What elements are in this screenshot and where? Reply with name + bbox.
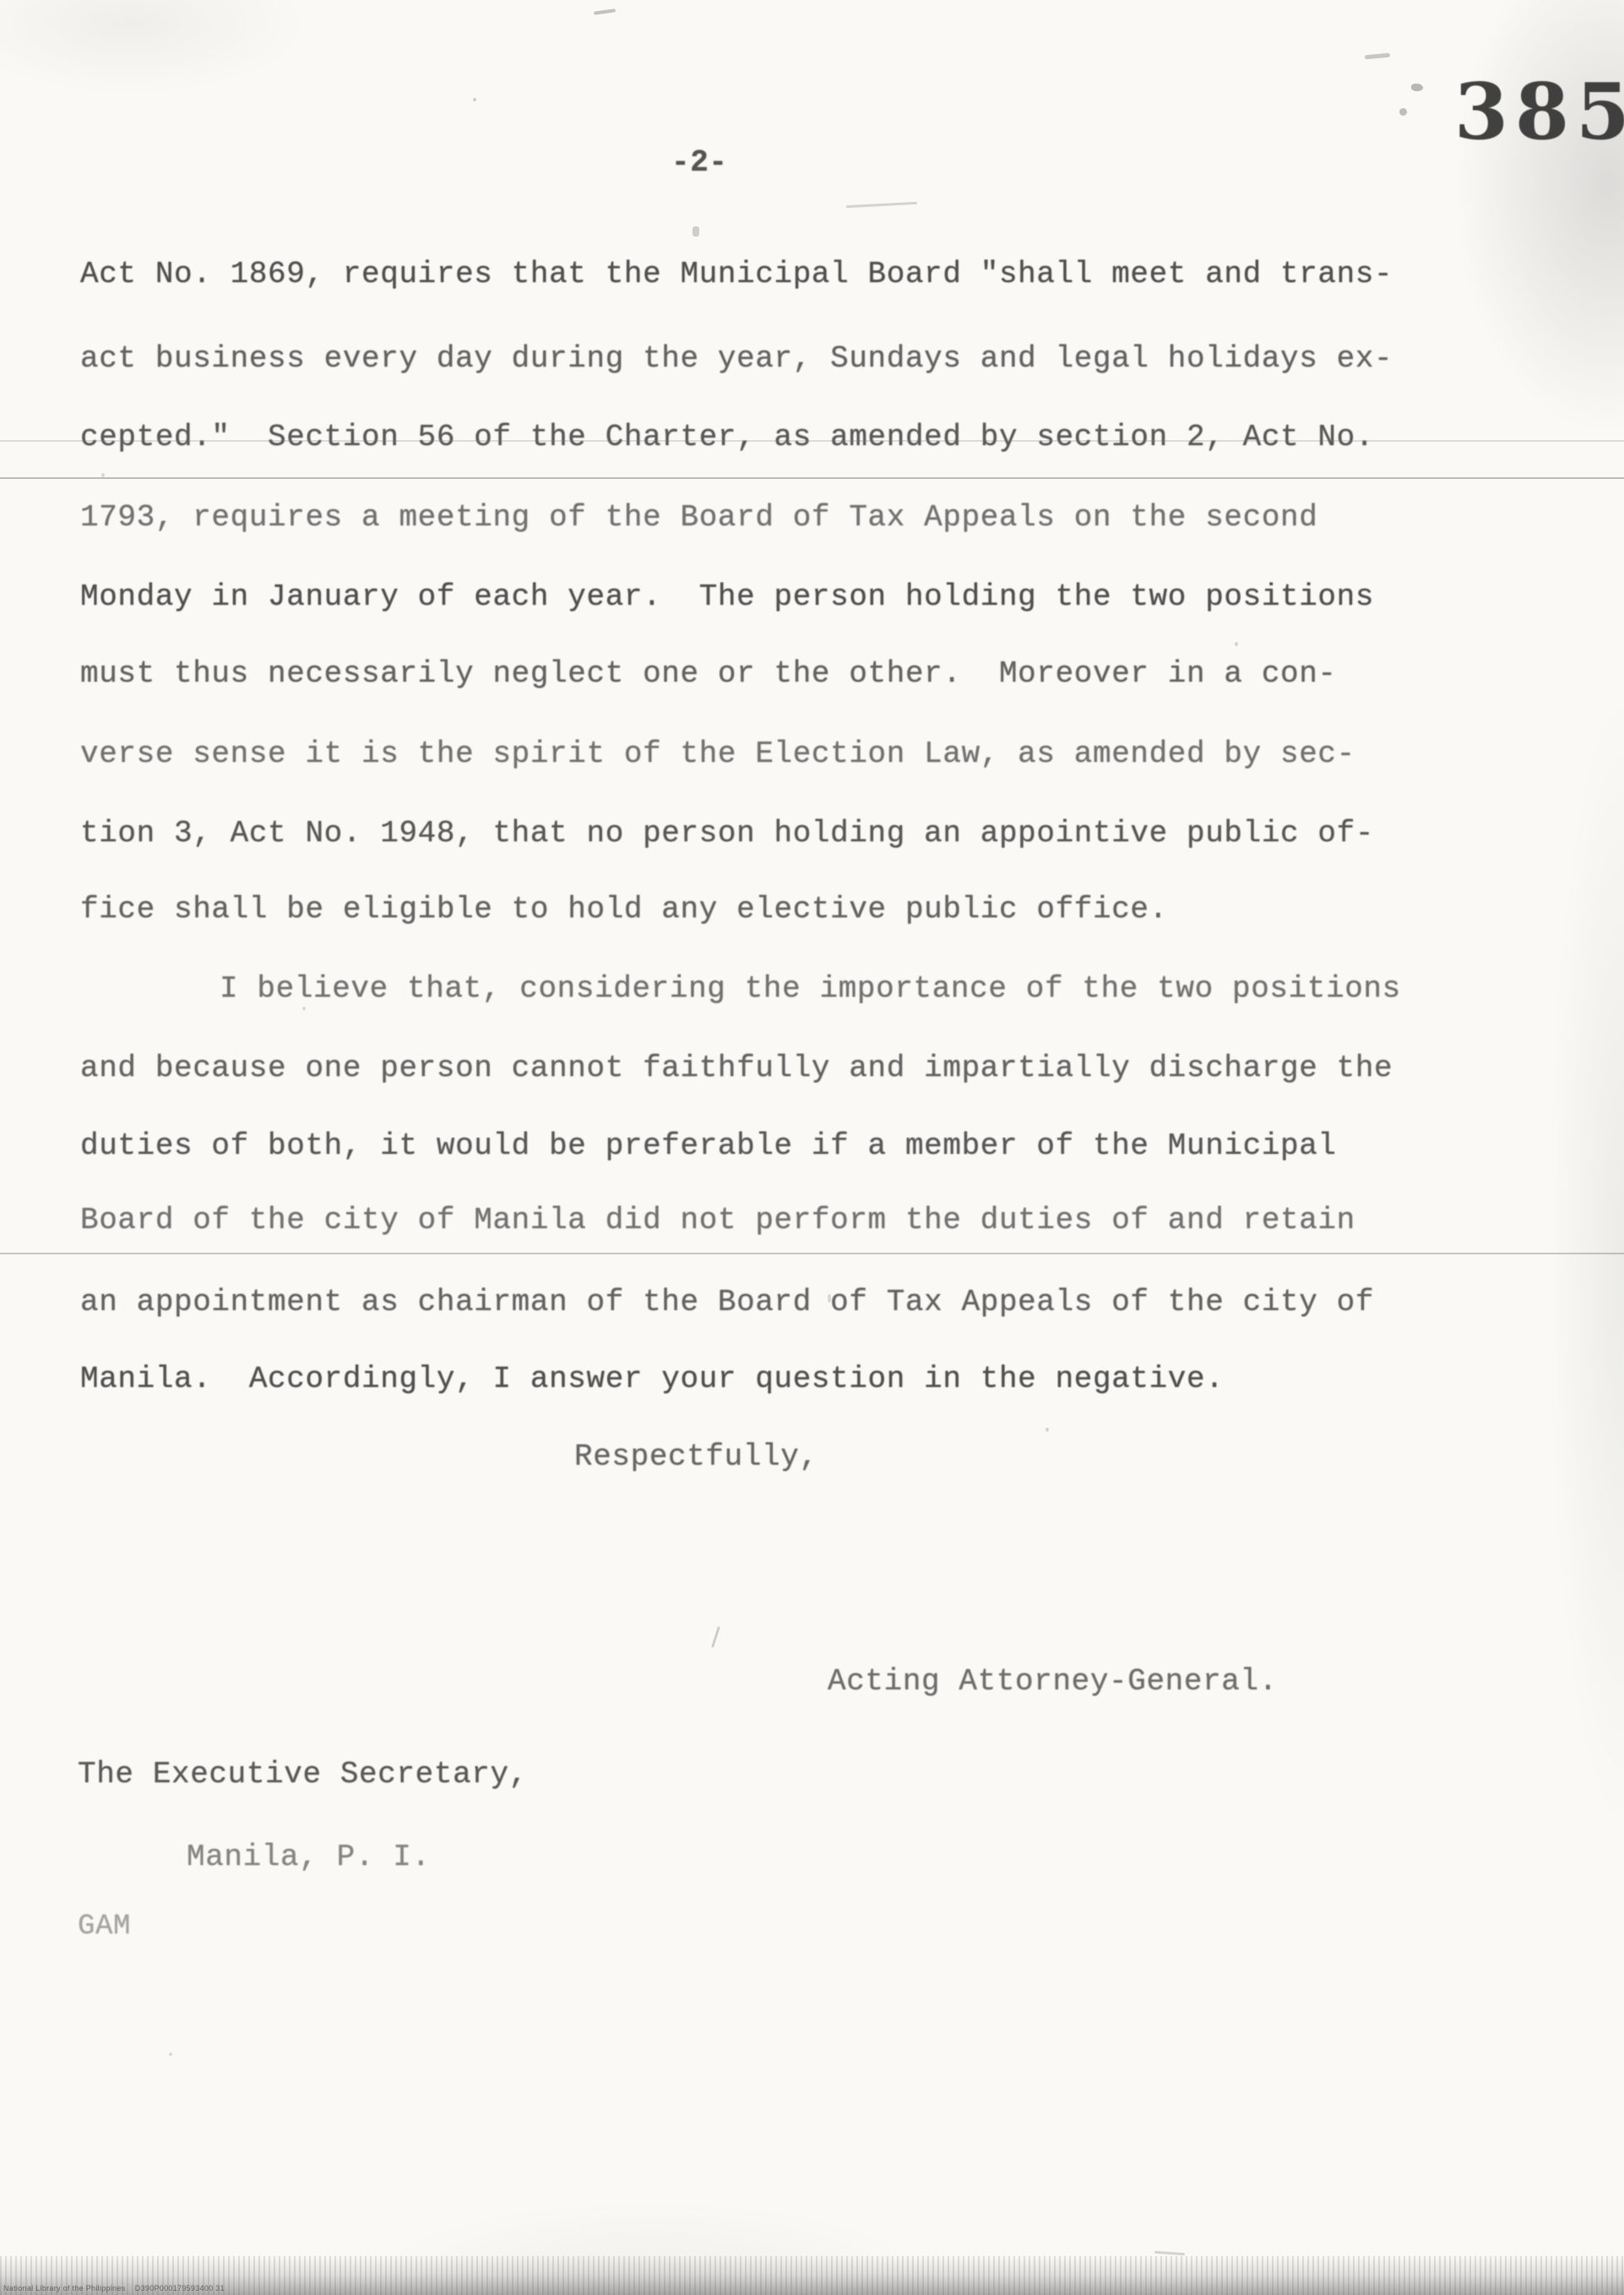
- ink-speck: [1411, 84, 1423, 91]
- typist-initials: GAM: [78, 1911, 131, 1943]
- ink-speck: [1365, 53, 1390, 60]
- document-line: Board of the city of Manila did not perf…: [80, 1203, 1355, 1237]
- ink-speck: [101, 473, 105, 477]
- document-line: 1793, requires a meeting of the Board of…: [80, 500, 1317, 535]
- scanned-document-page: 385 -2- Act No. 1869, requires that the …: [0, 0, 1624, 2295]
- document-line: Manila. Accordingly, I answer your quest…: [80, 1362, 1224, 1396]
- document-line: duties of both, it would be preferable i…: [80, 1128, 1337, 1163]
- ink-speck: [693, 226, 699, 237]
- page-marker: -2-: [671, 145, 728, 180]
- pencil-mark: [1154, 2251, 1185, 2256]
- scan-line-artifact: [0, 1253, 1624, 1254]
- signature-title: Acting Attorney-General.: [828, 1664, 1278, 1699]
- ink-speck: [594, 8, 616, 15]
- document-line: fice shall be eligible to hold any elect…: [80, 892, 1168, 927]
- document-line: act business every day during the year, …: [80, 341, 1393, 376]
- ink-speck: [302, 1007, 306, 1010]
- archive-watermark: National Library of the Philippines D390…: [3, 2284, 225, 2292]
- ink-speck: [169, 2053, 172, 2056]
- recipient-name: The Executive Secretary,: [78, 1757, 528, 1792]
- recipient-address: Manila, P. I.: [187, 1840, 431, 1874]
- scan-edge-band: [0, 2256, 1624, 2295]
- closing-salutation: Respectfully,: [574, 1439, 818, 1474]
- document-line: verse sense it is the spirit of the Elec…: [80, 737, 1355, 771]
- document-line: must thus necessarily neglect one or the…: [80, 656, 1337, 691]
- ink-speck: [1399, 108, 1407, 116]
- pencil-mark: [846, 202, 917, 208]
- document-line: cepted." Section 56 of the Charter, as a…: [80, 420, 1374, 454]
- ink-speck: [1235, 642, 1238, 646]
- document-line: I believe that, considering the importan…: [220, 971, 1401, 1006]
- document-line: tion 3, Act No. 1948, that no person hol…: [80, 816, 1374, 851]
- ink-speck: [473, 98, 476, 101]
- document-line: Monday in January of each year. The pers…: [80, 579, 1374, 614]
- ink-speck: [1046, 1428, 1049, 1432]
- page-number-stamp: 385: [1454, 66, 1624, 157]
- document-line: and because one person cannot faithfully…: [80, 1051, 1393, 1085]
- pencil-mark: [711, 1626, 720, 1648]
- document-line: an appointment as chairman of the Board …: [80, 1285, 1374, 1319]
- document-line: Act No. 1869, requires that the Municipa…: [80, 257, 1393, 291]
- scan-line-artifact: [0, 477, 1624, 479]
